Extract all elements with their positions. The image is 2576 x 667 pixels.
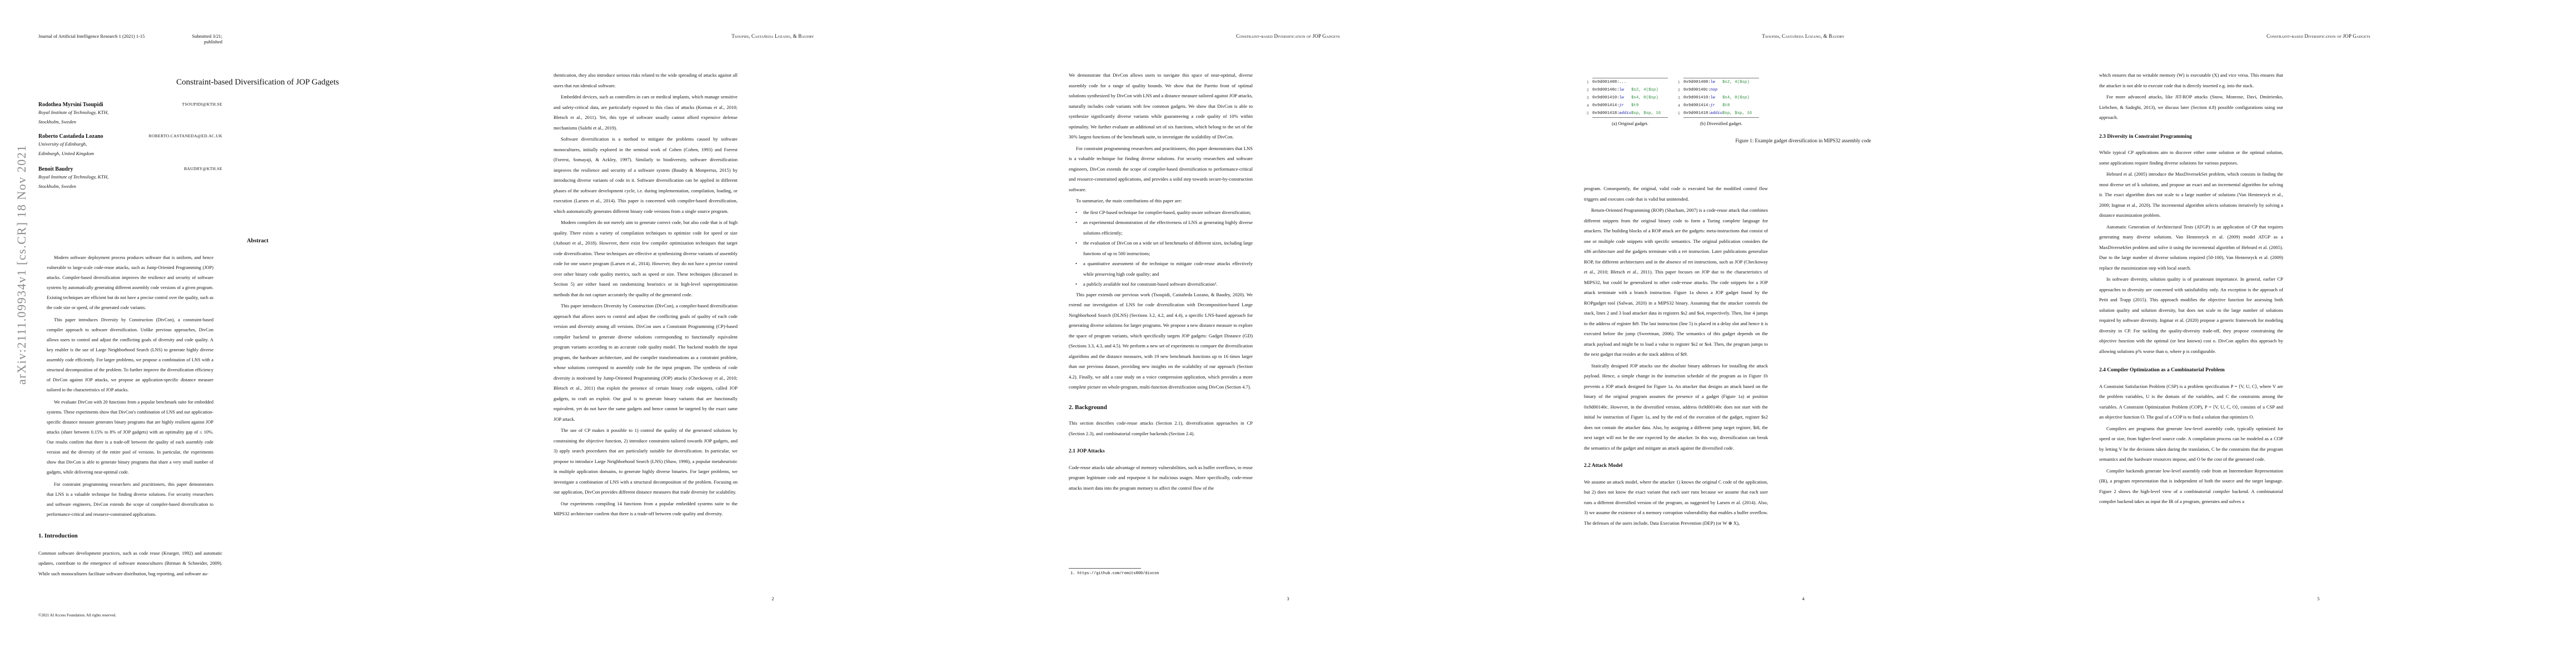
abstract-paragraph: We evaluate DivCon with 20 functions fro…	[47, 397, 213, 477]
abstract-paragraph: For constraint programming researchers a…	[47, 480, 213, 520]
body-paragraph: For constraint programming researchers a…	[1069, 143, 1253, 195]
body-paragraph: Our experiments compiling 14 functions f…	[554, 499, 738, 519]
code-line: 10x9d001408:lw$s2, 4($sp)	[1678, 78, 1759, 86]
arxiv-identifier[interactable]: arXiv:2111.09934v1 [cs.CR] 18 Nov 2021	[14, 145, 29, 385]
code-line: 50x9d001418:addiu$sp, $sp, 16	[1587, 109, 1668, 117]
figure-caption: Figure 1: Example gadget diversification…	[1546, 138, 2061, 143]
author-affiliation: Royal Institute of Technology, KTH,	[38, 108, 222, 117]
body-paragraph: We demonstrate that DivCon allows users …	[1069, 70, 1253, 142]
running-head: Tsoupidi, Castañeda Lozano, & Baudry	[515, 33, 1030, 39]
page-body: program. Consequently, the original, val…	[1584, 183, 1768, 529]
subfigure-caption: (b) Diversified gadget.	[1683, 121, 1759, 126]
submission-info: Submitted 3/21; published	[178, 33, 222, 44]
body-paragraph: Modern compilers do not merely aim to ge…	[554, 217, 738, 300]
page-4: Tsoupidi, Castañeda Lozano, & Baudry 10x…	[1546, 0, 2061, 667]
page-body: which ensures that no writable memory (W…	[2099, 70, 2283, 508]
footnote-rule	[1069, 568, 1141, 569]
author-email[interactable]: ROBERTO.CASTANEDA@ED.AC.UK	[149, 133, 222, 138]
body-paragraph: The use of CP makes it possible to 1) co…	[554, 425, 738, 497]
page-3: Constraint-based Diversification of JOP …	[1030, 0, 1546, 667]
code-line: 30x9d001410:lw$s4, 0($sp)	[1587, 94, 1668, 102]
body-paragraph: Return-Oriented Programming (ROP) (Shach…	[1584, 205, 1768, 360]
code-listing-original: 10x9d001408:... 20x9d00140c:lw$s2, 4($sp…	[1587, 78, 1668, 126]
abstract-paragraph: Modern software deployment process produ…	[47, 253, 213, 313]
code-line: 20x9d00140c:nop	[1678, 86, 1759, 94]
body-paragraph: Code-reuse attacks take advantage of mem…	[1069, 462, 1253, 494]
page-2: Tsoupidi, Castañeda Lozano, & Baudry the…	[515, 0, 1030, 667]
body-paragraph: This paper introduces Diversity by Const…	[554, 301, 738, 424]
body-paragraph: For more advanced attacks, like JIT-ROP …	[2099, 92, 2283, 123]
body-paragraph: To summarize, the main contributions of …	[1069, 196, 1253, 206]
section-heading: 1. Introduction	[38, 531, 222, 541]
body-paragraph: Embedded devices, such as controllers in…	[554, 92, 738, 133]
section-heading: 2. Background	[1069, 402, 1253, 413]
body-paragraph: This paper extends our previous work (Ts…	[1069, 290, 1253, 392]
body-paragraph: thentication, they also introduce seriou…	[554, 70, 738, 91]
contributions-list: the first CP-based technique for compile…	[1069, 207, 1253, 290]
list-item: an experimental demonstration of the eff…	[1080, 217, 1253, 238]
abstract-heading: Abstract	[0, 238, 515, 244]
code-line: 20x9d00140c:lw$s2, 4($sp)	[1587, 86, 1668, 94]
body-paragraph: Compiler backends generate low-level ass…	[2099, 466, 2283, 507]
subfigure-caption: (a) Original gadget.	[1592, 121, 1668, 126]
page-number: 2	[515, 596, 1030, 601]
page-body: We demonstrate that DivCon allows users …	[1069, 70, 1253, 494]
body-paragraph: This section describes code-reuse attack…	[1069, 418, 1253, 439]
code-listing-diversified: 10x9d001408:lw$s2, 4($sp) 20x9d00140c:no…	[1678, 78, 1759, 126]
running-head: Constraint-based Diversification of JOP …	[2061, 33, 2576, 39]
body-paragraph: A Constraint Satisfaction Problem (CSP) …	[2099, 381, 2283, 422]
running-head: Tsoupidi, Castañeda Lozano, & Baudry	[1546, 33, 2061, 39]
body-paragraph: Statically designed JOP attacks use the …	[1584, 361, 1768, 454]
running-head: Constraint-based Diversification of JOP …	[1030, 33, 1546, 39]
body-paragraph: Automatic Generation of Architectural Te…	[2099, 222, 2283, 273]
body-paragraph: program. Consequently, the original, val…	[1584, 183, 1768, 204]
body-paragraph: In software diversity, solution quality …	[2099, 274, 2283, 356]
page-5: Constraint-based Diversification of JOP …	[2061, 0, 2576, 667]
paper-title: Constraint-based Diversification of JOP …	[0, 78, 515, 87]
list-item: the evaluation of DivCon on a wide set o…	[1080, 238, 1253, 258]
subsection-heading: 2.1 JOP Attacks	[1069, 446, 1253, 457]
document-viewer: arXiv:2111.09934v1 [cs.CR] 18 Nov 2021 J…	[0, 0, 2576, 667]
bottom-rule	[1592, 117, 1668, 118]
author-affiliation: Royal Institute of Technology, KTH,	[38, 172, 222, 182]
journal-header: Journal of Artificial Intelligence Resea…	[38, 33, 515, 39]
list-item: the first CP-based technique for compile…	[1080, 207, 1253, 218]
copyright-notice: ©2021 AI Access Foundation. All rights r…	[38, 613, 116, 618]
body-paragraph: Software diversification is a method to …	[554, 134, 738, 216]
subsection-heading: 2.2 Attack Model	[1584, 461, 1768, 471]
body-paragraph: Common software development practices, s…	[38, 548, 222, 579]
code-line: 40x9d001414:jr$t8	[1678, 102, 1759, 109]
body-paragraph: We assume an attack model, where the att…	[1584, 477, 1768, 529]
author-email[interactable]: BAUDRY@KTH.SE	[184, 166, 222, 171]
introduction: 1. Introduction Common software developm…	[38, 531, 222, 580]
abstract: Modern software deployment process produ…	[47, 253, 213, 522]
body-paragraph: which ensures that no writable memory (W…	[2099, 70, 2283, 91]
author-1: Rodothea Myrsini Tsoupidi Royal Institut…	[38, 102, 222, 127]
body-paragraph: While typical CP applications aim to dis…	[2099, 147, 2283, 168]
code-line: 30x9d001410:lw$s4, 0($sp)	[1678, 94, 1759, 102]
arxiv-stamp: arXiv:2111.09934v1 [cs.CR] 18 Nov 2021	[2, 151, 24, 385]
author-location: Edinburgh, United Kingdom	[38, 149, 222, 158]
code-line: 40x9d001414:jr$t9	[1587, 102, 1668, 109]
list-item: a quantitative assessment of the techniq…	[1080, 258, 1253, 279]
author-location: Stockholm, Sweden	[38, 182, 222, 191]
author-2: Roberto Castañeda Lozano University of E…	[38, 133, 222, 158]
body-paragraph: Compilers are programs that generate low…	[2099, 424, 2283, 465]
author-3: Benoit Baudry Royal Institute of Technol…	[38, 166, 222, 191]
page-number: 3	[1030, 596, 1546, 601]
abstract-paragraph: This paper introduces Diversity by Const…	[47, 315, 213, 395]
footnote-link[interactable]: 1. https://github.com/romits800/divcon	[1070, 571, 1159, 576]
page-number: 4	[1546, 596, 2061, 601]
page-number: 5	[2061, 596, 2576, 601]
code-line: 10x9d001408:...	[1587, 78, 1668, 86]
page-body: thentication, they also introduce seriou…	[554, 70, 738, 520]
list-item: a publicly available tool for constraint…	[1080, 279, 1253, 290]
code-line: 50x9d001418:addiu$sp, $sp, 16	[1678, 109, 1759, 117]
subsection-heading: 2.3 Diversity in Constraint Programming	[2099, 132, 2283, 142]
body-paragraph: Hebrard et al. (2005) introduce the MaxD…	[2099, 169, 2283, 221]
page-1: arXiv:2111.09934v1 [cs.CR] 18 Nov 2021 J…	[0, 0, 515, 667]
author-affiliation: University of Edinburgh,	[38, 140, 222, 149]
author-email[interactable]: TSOUPIDI@KTH.SE	[182, 102, 222, 107]
author-location: Stockholm, Sweden	[38, 117, 222, 127]
bottom-rule	[1683, 117, 1759, 118]
subsection-heading: 2.4 Compiler Optimization as a Combinato…	[2099, 365, 2283, 376]
